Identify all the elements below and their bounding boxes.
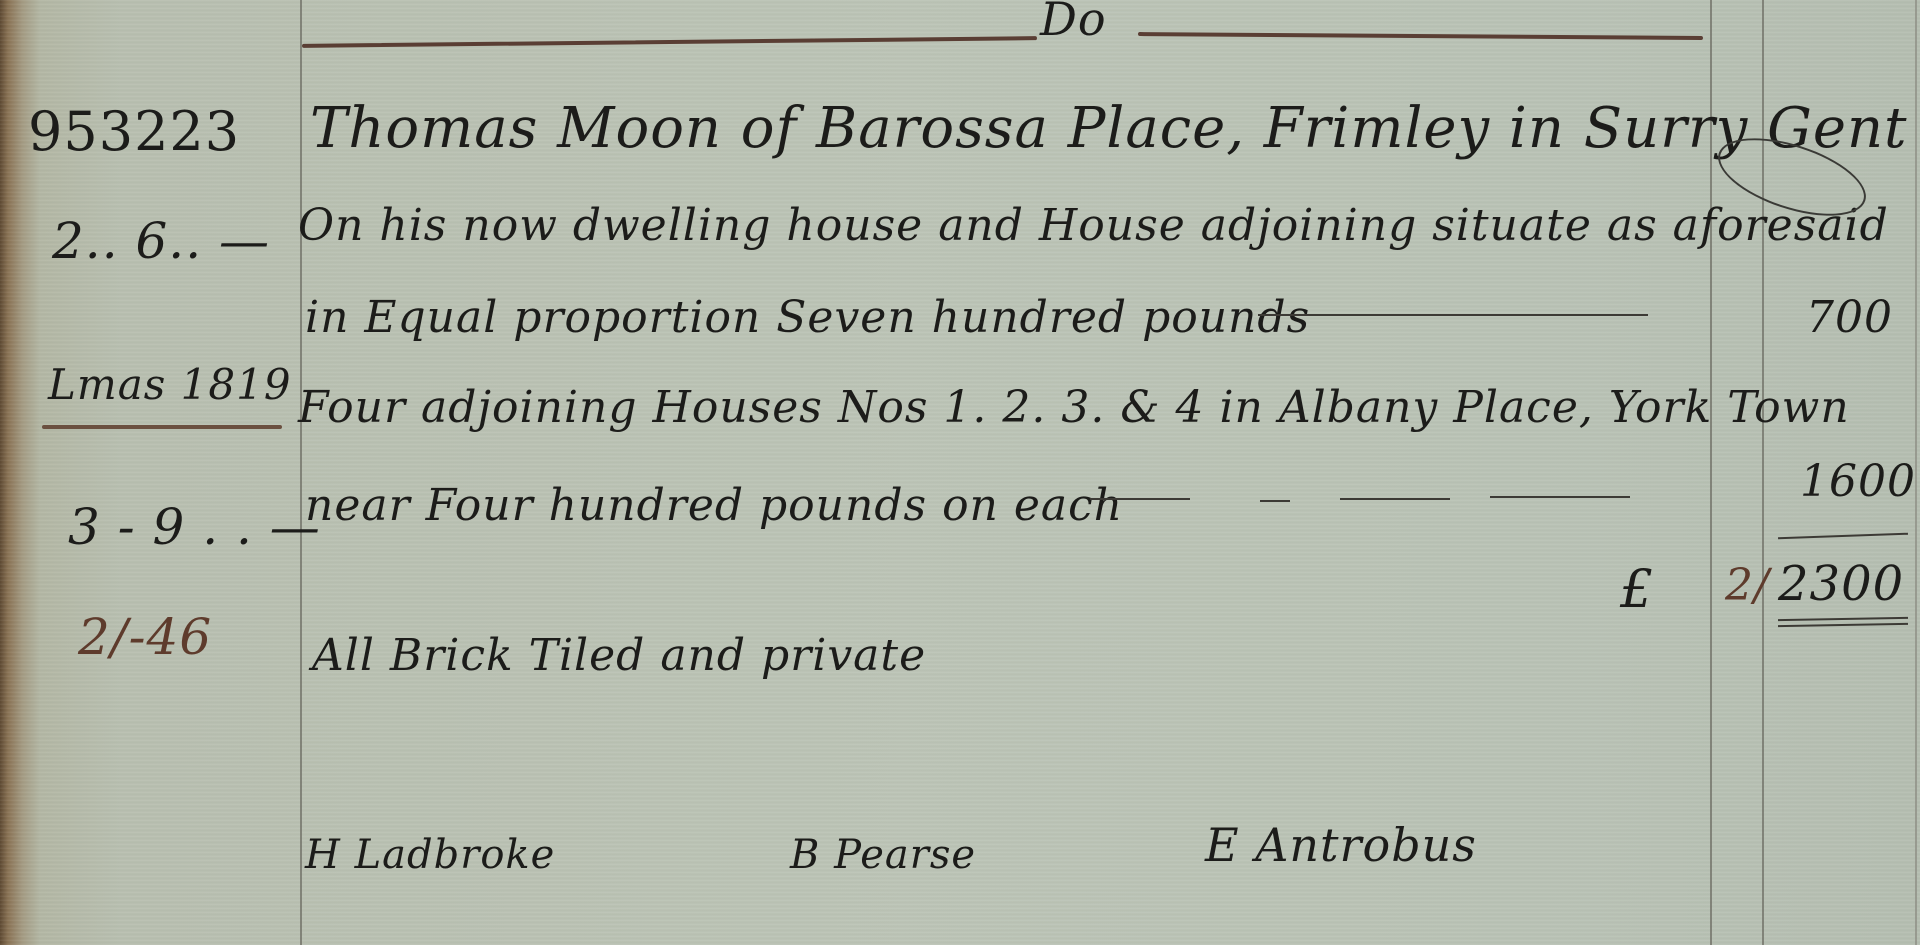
header-rule-right (1138, 32, 1703, 40)
premium-2: 3 - 9 . . — (68, 498, 321, 556)
amount-item-1: 700 (1806, 292, 1893, 343)
total-double-rule-2 (1778, 623, 1908, 627)
total-rule (1778, 533, 1908, 540)
ditto-mark: Do (1040, 0, 1107, 46)
total-double-rule-1 (1778, 617, 1908, 621)
amount-item-2: 1600 (1800, 456, 1916, 507)
fill-dash-line-4c (1340, 498, 1450, 500)
amount-total: 2300 (1778, 556, 1904, 612)
premium-1: 2.. 6.. — (52, 212, 270, 270)
fill-dash-line-4b (1260, 500, 1290, 502)
ledger-page: Do 953223 2.. 6.. — Lmas 1819 3 - 9 . . … (0, 0, 1920, 945)
entry-line-3: Four adjoining Houses Nos 1. 2. 3. & 4 i… (298, 382, 1850, 433)
construction-line: All Brick Tiled and private (312, 630, 926, 681)
duty-mark: 2/ (1725, 560, 1770, 611)
currency-mark: £ (1620, 560, 1654, 620)
fill-dash-line-4d (1490, 496, 1630, 498)
fill-dash-line-4a (1090, 498, 1190, 500)
insured-line: Thomas Moon of Barossa Place, Frimley in… (310, 96, 1908, 161)
entry-line-1: On his now dwelling house and House adjo… (298, 200, 1889, 251)
duty-entry: 2/-46 (78, 608, 212, 666)
fill-dash-line-2 (1258, 314, 1648, 316)
signature-ladbroke: H Ladbroke (305, 832, 555, 878)
date-underline (42, 425, 282, 429)
date-entry: Lmas 1819 (48, 360, 292, 409)
policy-number: 953223 (28, 100, 240, 163)
header-rule-left (302, 36, 1037, 48)
margin-column-rule (300, 0, 302, 945)
signature-antrobus: E Antrobus (1205, 818, 1477, 872)
signature-pearse: B Pearse (790, 832, 976, 878)
entry-line-4: near Four hundred pounds on each (305, 480, 1123, 531)
entry-line-2: in Equal proportion Seven hundred pounds (305, 292, 1310, 343)
